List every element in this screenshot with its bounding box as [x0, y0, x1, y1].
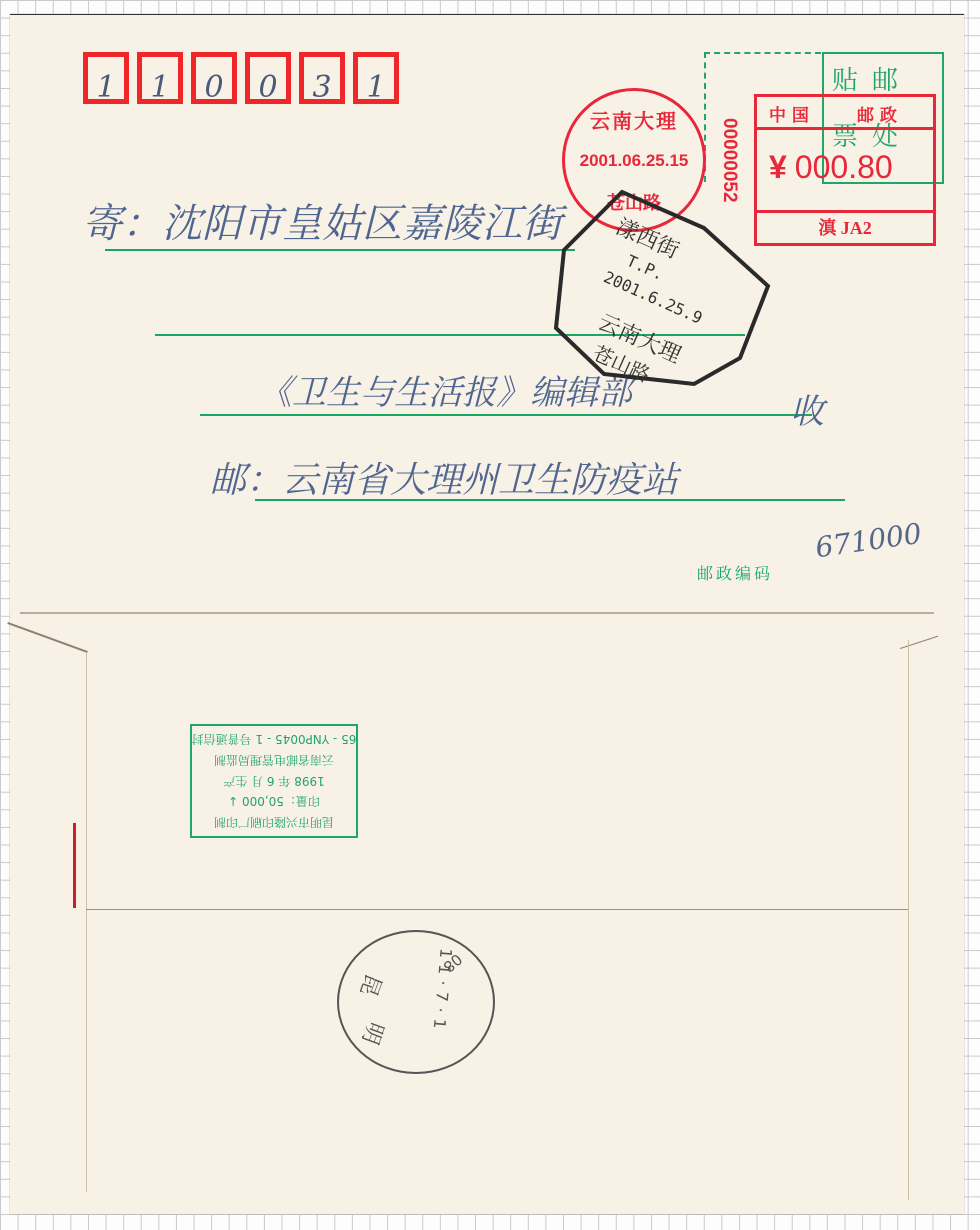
currency-symbol: ¥: [769, 149, 787, 185]
postcode-boxes: 1 1 0 0 3 1: [83, 52, 399, 104]
postcode-digit: 0: [204, 73, 223, 103]
postcode-digit: 1: [150, 73, 169, 103]
red-edge-mark: [73, 823, 76, 908]
handwritten-from-address: 邮：云南省大理州卫生防疫站: [210, 452, 678, 503]
arrival-postmark: 昆 明 11·7·1 08: [337, 930, 495, 1074]
address-line-3: [200, 414, 812, 416]
postcode-label: 邮政编码: [697, 561, 773, 584]
flap-edge-right: [908, 640, 909, 1200]
printing-info-box: 昆明市兴隆印刷厂印制 印量：50,000 ↓ 1998 年 6 月 生产 云南省…: [190, 724, 358, 838]
postcode-box: 1: [137, 52, 183, 104]
print-info-line: 云南省邮电管理局监制: [214, 752, 334, 769]
address-line-1: [105, 249, 575, 251]
meter-header-left: 中 国: [769, 101, 809, 126]
postcode-box: 1: [353, 52, 399, 104]
meter-header-right: 邮 政: [857, 101, 897, 126]
postcode-box: 0: [191, 52, 237, 104]
handwritten-receive: 收: [790, 384, 824, 433]
flap-edge-bottom: [86, 909, 908, 910]
meter-stamp: 中 国 邮 政 ¥000.80 滇 JA2: [754, 94, 936, 246]
postcode-digit: 1: [96, 73, 115, 103]
postcode-digit: 3: [312, 73, 331, 103]
arrival-text-2: 明: [356, 1018, 393, 1049]
meter-code: 滇 JA2: [757, 210, 933, 243]
flap-edge-left: [86, 652, 87, 1192]
handwritten-to-address: 寄：沈阳市皇姑区嘉陵江街: [82, 192, 562, 249]
postcode-digit: 1: [366, 73, 385, 103]
postcode-box: 3: [299, 52, 345, 104]
print-info-line: 印量：50,000 ↓: [228, 793, 320, 810]
stamp-label-top: 贴邮: [832, 60, 912, 97]
print-info-line: 1998 年 6 月 生产: [223, 773, 324, 790]
postcode-box: 1: [83, 52, 129, 104]
postmark-date: 2001.06.25.15: [565, 151, 703, 171]
print-info-line: 昆明市兴隆印刷厂印制: [214, 814, 334, 831]
top-edge: [10, 14, 964, 15]
meter-amount: ¥000.80: [769, 149, 893, 186]
postmark-top-text: 云南大理: [565, 105, 703, 134]
print-info-line: 65 - YNP0045 - 1 号普通信封: [192, 731, 357, 748]
postcode-box: 0: [245, 52, 291, 104]
arrival-text-1: 昆: [354, 970, 391, 1001]
fold-line: [20, 612, 934, 614]
meter-amount-value: 000.80: [795, 149, 893, 185]
meter-header: 中 国 邮 政: [757, 97, 933, 130]
postcode-digit: 0: [258, 73, 277, 103]
